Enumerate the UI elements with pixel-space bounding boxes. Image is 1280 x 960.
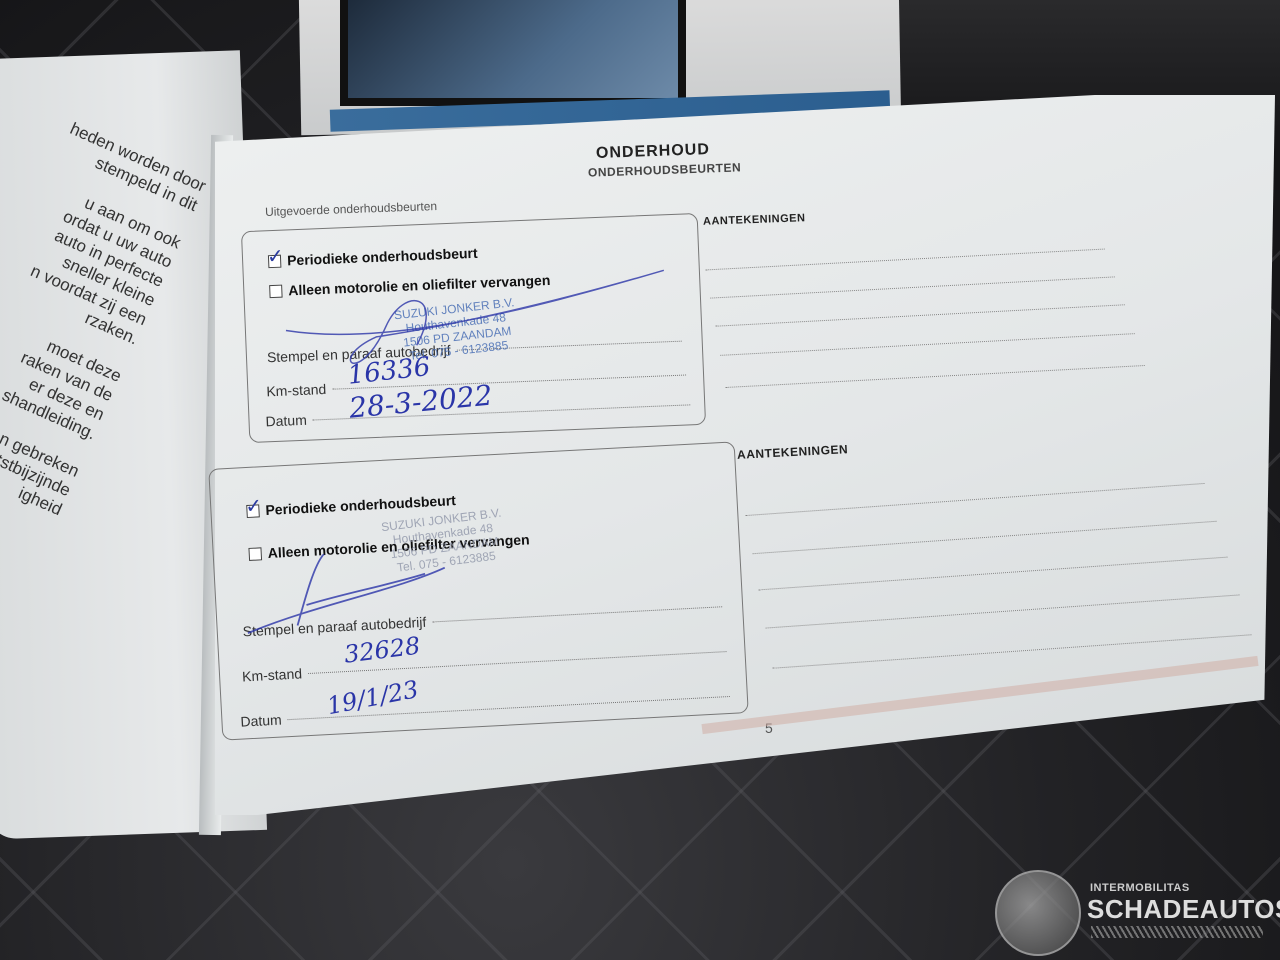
watermark-logo: INTERMOBILITAS SCHADEAUTOS.NL [995,870,1275,950]
date-field-label: Datum [240,711,282,729]
watermark-small-text: INTERMOBILITAS [1090,882,1190,894]
km-field-row: Km-stand [242,643,727,684]
globe-icon [995,870,1081,956]
check-mark-icon: ✓ [245,493,263,519]
signature-scribble [234,543,538,649]
service-entry-2: ✓ Periodieke onderhoudsbeurt Alleen moto… [208,441,749,740]
checkbox-periodic[interactable]: ✓ [246,504,260,518]
km-field-label: Km-stand [242,665,303,684]
watermark-stripes [1091,926,1263,938]
checkbox-periodic[interactable]: ✓ [268,254,282,268]
date-field-label: Datum [265,412,307,430]
check-mark-icon: ✓ [266,243,284,269]
signature-scribble [264,255,688,392]
underlying-booklet-image [340,0,686,106]
watermark-big-text: SCHADEAUTOS.NL [1087,894,1280,925]
service-entry-1: ✓ Periodieke onderhoudsbeurt Alleen moto… [241,213,706,443]
